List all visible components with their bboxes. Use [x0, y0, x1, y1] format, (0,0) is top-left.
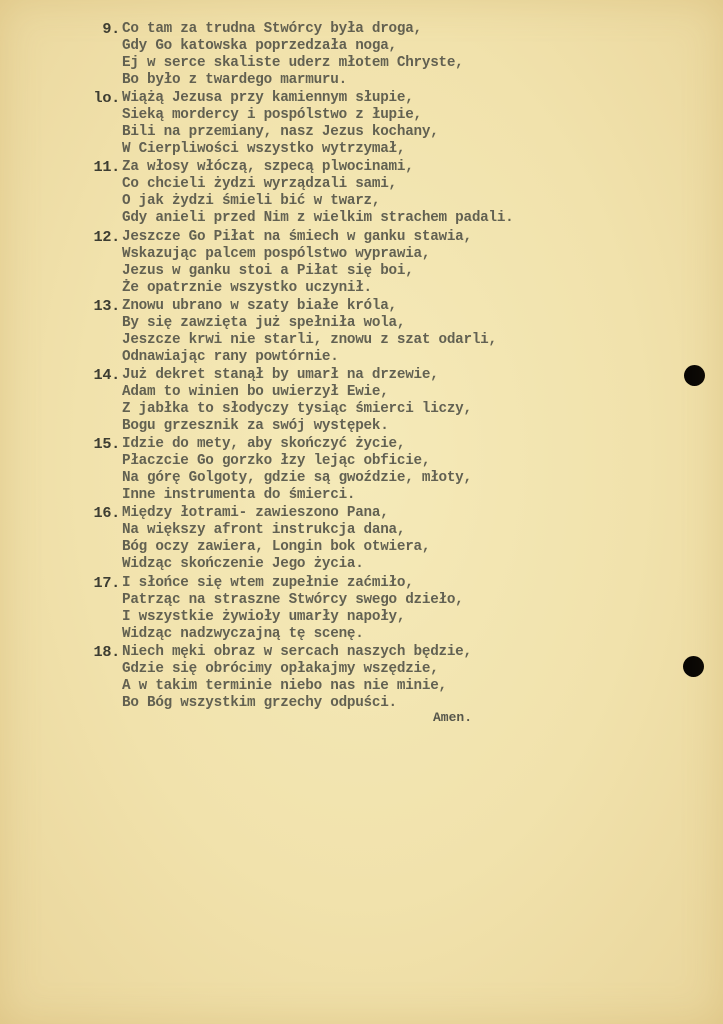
verse-line: Adam to winien bo uwierzył Ewie,	[122, 384, 389, 401]
stanza-number: lo.	[84, 90, 120, 107]
stanza-number: 15.	[84, 436, 120, 453]
verse-line: Za włosy włóczą, szpecą plwocinami,	[122, 159, 414, 176]
verse-line: Gdy Go katowska poprzedzała noga,	[122, 38, 397, 55]
verse-line: Jeszcze krwi nie starli, znowu z szat od…	[122, 332, 497, 349]
verse-line: Że opatrznie wszystko uczynił.	[122, 280, 372, 297]
stanza: 16.Między łotrami- zawieszono Pana,Na wi…	[0, 505, 723, 574]
verse-line: Gdzie się obrócimy opłakajmy wszędzie,	[122, 661, 439, 678]
verse-line: W Cierpliwości wszystko wytrzymał,	[122, 141, 405, 158]
verse-line: Na górę Golgoty, gdzie są gwoździe, młot…	[122, 470, 472, 487]
verse-line: Jezus w ganku stoi a Piłat się boi,	[122, 263, 414, 280]
stanza-number: 17.	[84, 575, 120, 592]
verse-line: Znowu ubrano w szaty białe króla,	[122, 298, 397, 315]
verse-line: Płaczcie Go gorzko łzy lejąc obficie,	[122, 453, 430, 470]
verse-line: Bili na przemiany, nasz Jezus kochany,	[122, 124, 439, 141]
verse-list: 9.Co tam za trudna Stwórcy była droga,Gd…	[0, 21, 723, 713]
typewritten-page: 9.Co tam za trudna Stwórcy była droga,Gd…	[0, 0, 723, 1024]
verse-line: Odnawiając rany powtórnie.	[122, 349, 339, 366]
stanza: 9.Co tam za trudna Stwórcy była droga,Gd…	[0, 21, 723, 90]
verse-line: Bo Bóg wszystkim grzechy odpuści.	[122, 695, 397, 712]
verse-line: Na większy afront instrukcja dana,	[122, 522, 405, 539]
punch-hole-upper	[684, 365, 705, 386]
closing-amen: Amen.	[433, 710, 472, 725]
verse-line: Bóg oczy zawiera, Longin bok otwiera,	[122, 539, 430, 556]
stanza: 18.Niech męki obraz w sercach naszych bę…	[0, 644, 723, 713]
stanza: 12.Jeszcze Go Piłat na śmiech w ganku st…	[0, 229, 723, 298]
stanza-number: 13.	[84, 298, 120, 315]
verse-line: Między łotrami- zawieszono Pana,	[122, 505, 389, 522]
verse-line: A w takim terminie niebo nas nie minie,	[122, 678, 447, 695]
verse-line: Wskazując palcem pospólstwo wyprawia,	[122, 246, 430, 263]
stanza: 11.Za włosy włóczą, szpecą plwocinami,Co…	[0, 159, 723, 228]
verse-line: Jeszcze Go Piłat na śmiech w ganku stawi…	[122, 229, 472, 246]
stanza-number: 9.	[84, 21, 120, 38]
stanza: 15.Idzie do mety, aby skończyć życie,Pła…	[0, 436, 723, 505]
verse-line: Sieką mordercy i pospólstwo z łupie,	[122, 107, 422, 124]
verse-line: By się zawzięta już spełniła wola,	[122, 315, 405, 332]
stanza-number: 12.	[84, 229, 120, 246]
verse-line: Gdy anieli przed Nim z wielkim strachem …	[122, 210, 514, 227]
stanza: lo.Wiążą Jezusa przy kamiennym słupie,Si…	[0, 90, 723, 159]
verse-line: Co chcieli żydzi wyrządzali sami,	[122, 176, 397, 193]
verse-line: Widząc skończenie Jego życia.	[122, 556, 364, 573]
verse-line: Niech męki obraz w sercach naszych będzi…	[122, 644, 472, 661]
verse-line: Co tam za trudna Stwórcy była droga,	[122, 21, 422, 38]
verse-line: O jak żydzi śmieli bić w twarz,	[122, 193, 380, 210]
verse-line: Bo było z twardego marmuru.	[122, 72, 347, 89]
verse-line: Inne instrumenta do śmierci.	[122, 487, 355, 504]
stanza-number: 14.	[84, 367, 120, 384]
stanza-number: 18.	[84, 644, 120, 661]
verse-line: I wszystkie żywioły umarły napoły,	[122, 609, 405, 626]
stanza-number: 16.	[84, 505, 120, 522]
stanza: 14.Już dekret stanął by umarł na drzewie…	[0, 367, 723, 436]
verse-line: Z jabłka to słodyczy tysiąc śmierci licz…	[122, 401, 472, 418]
verse-line: Ej w serce skaliste uderz młotem Chryste…	[122, 55, 464, 72]
verse-line: I słońce się wtem zupełnie zaćmiło,	[122, 575, 414, 592]
verse-line: Patrząc na straszne Stwórcy swego dzieło…	[122, 592, 464, 609]
stanza: 17.I słońce się wtem zupełnie zaćmiło,Pa…	[0, 575, 723, 644]
verse-line: Widząc nadzwyczajną tę scenę.	[122, 626, 364, 643]
verse-line: Wiążą Jezusa przy kamiennym słupie,	[122, 90, 414, 107]
verse-line: Idzie do mety, aby skończyć życie,	[122, 436, 405, 453]
verse-line: Już dekret stanął by umarł na drzewie,	[122, 367, 439, 384]
stanza-number: 11.	[84, 159, 120, 176]
punch-hole-lower	[683, 656, 704, 677]
stanza: 13.Znowu ubrano w szaty białe króla,By s…	[0, 298, 723, 367]
verse-line: Bogu grzesznik za swój występek.	[122, 418, 389, 435]
